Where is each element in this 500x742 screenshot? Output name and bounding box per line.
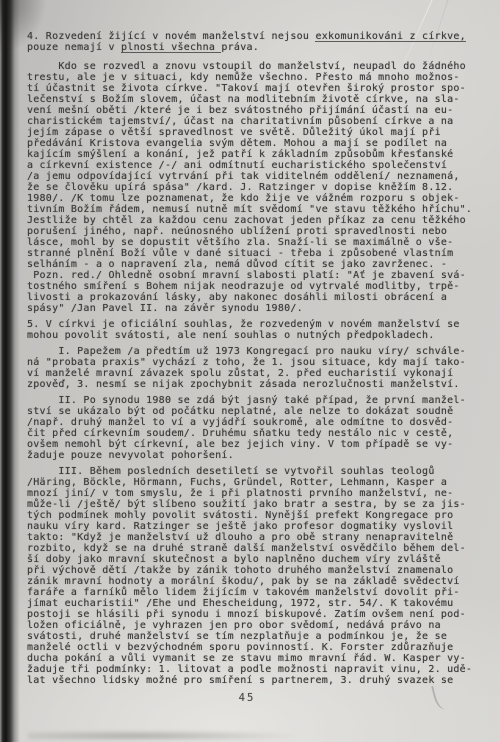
binding-shadow xyxy=(0,0,20,742)
scanned-page: 4. Rozvedení žijící v novém manželství n… xyxy=(0,0,500,742)
underline-mark xyxy=(315,41,466,42)
paragraph-item-5: 5. V církvi je oficiální souhlas, že roz… xyxy=(27,319,493,341)
page-number: 45 xyxy=(0,692,494,704)
document-text: 4. Rozvedení žijící v novém manželství n… xyxy=(27,31,493,691)
underline-mark xyxy=(121,52,221,53)
paragraph-item-4: 4. Rozvedení žijící v novém manželství n… xyxy=(27,31,493,53)
paragraph-point-III: III. Během posledních desetiletí se vytv… xyxy=(27,466,493,686)
paragraph-point-II: II. Po synodu 1980 se zdá být jasný také… xyxy=(27,395,493,461)
smudge-mark xyxy=(28,730,298,740)
paragraph-point-I: I. Papežem /a předtím už 1973 Kongregací… xyxy=(27,346,493,390)
paragraph-item-4-commentary: Kdo se rozvedl a znovu vstoupil do manže… xyxy=(27,61,493,314)
